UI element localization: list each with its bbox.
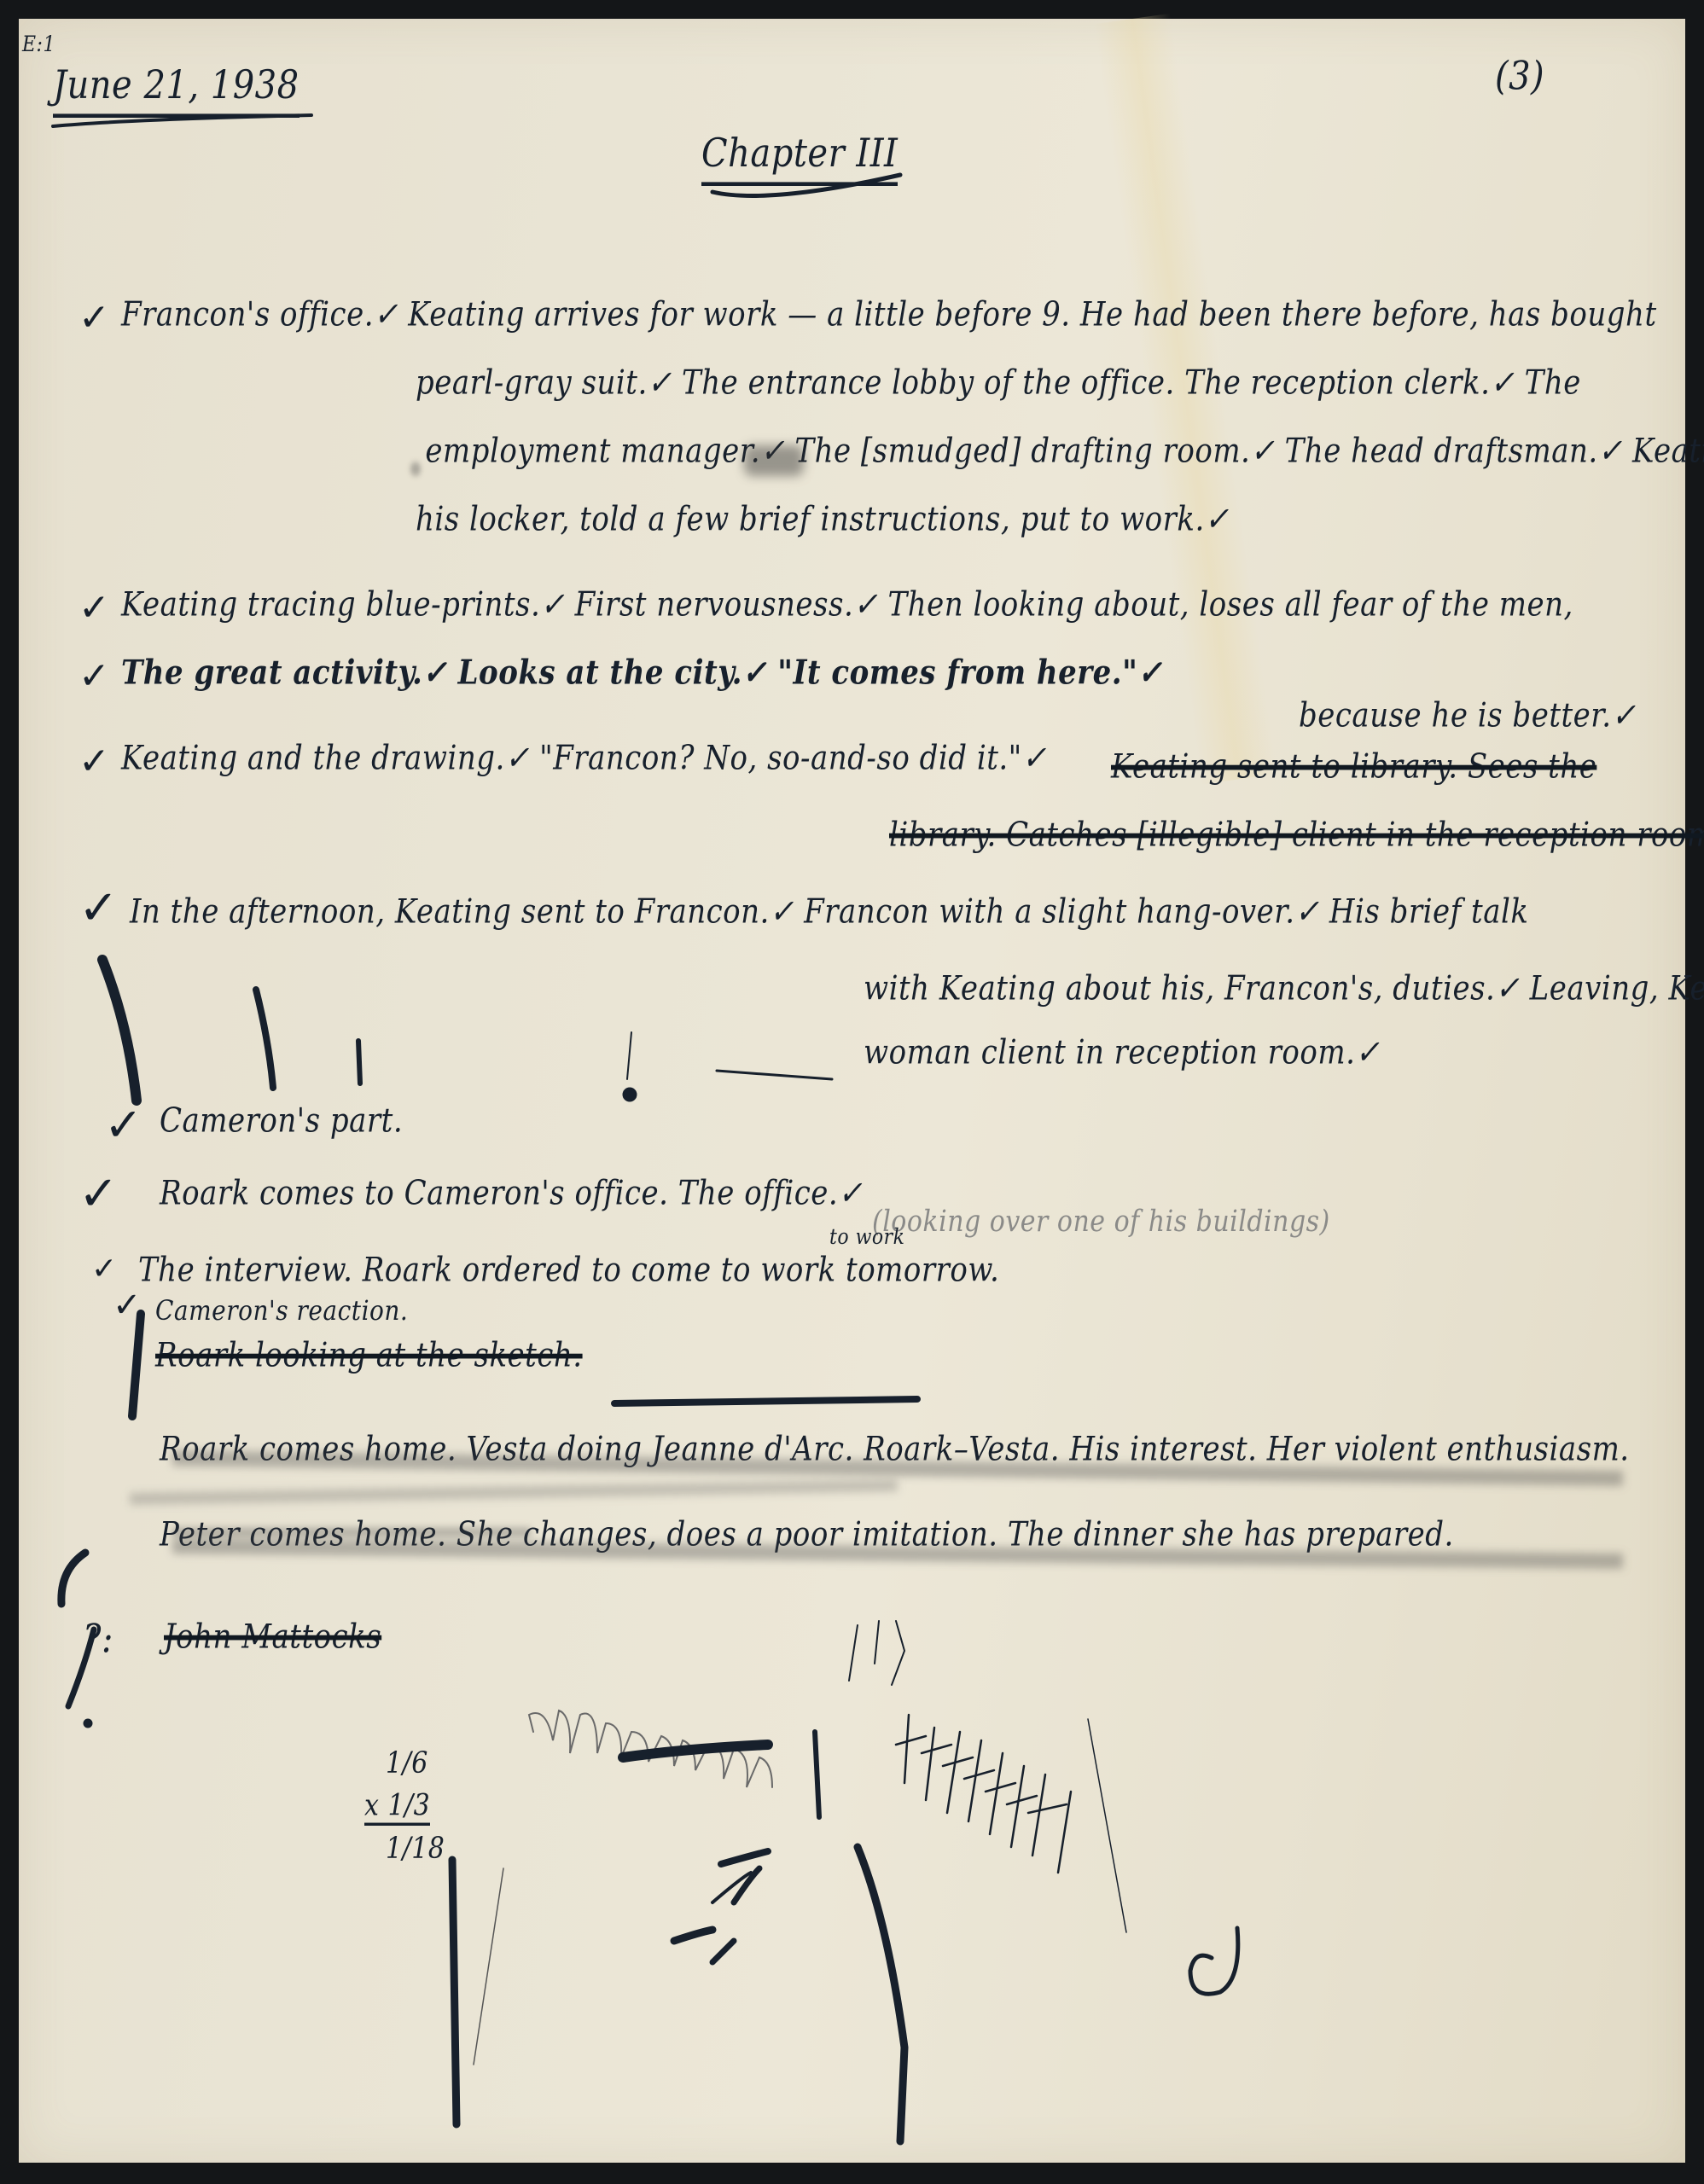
ink-stroke — [717, 1071, 832, 1079]
chapter-underline — [712, 175, 900, 196]
ink-dot — [623, 1088, 637, 1101]
heavy-overline — [614, 1399, 917, 1403]
ink-stroke — [627, 1032, 631, 1079]
tall-stroke — [452, 1860, 457, 2124]
ink-stroke — [61, 1553, 85, 1604]
long-pencil-line — [1088, 1719, 1126, 1932]
tall-stroke — [858, 1847, 904, 2141]
date-underline — [53, 115, 311, 126]
heavy-bar — [623, 1745, 768, 1757]
ink-stroke — [102, 960, 137, 1101]
ink-stroke — [256, 990, 273, 1088]
crossed-stroke-pattern — [896, 1715, 1071, 1873]
ink-stroke — [68, 1629, 94, 1706]
doodles-layer — [0, 0, 1704, 2184]
hook-flourish — [1190, 1928, 1238, 1994]
ink-stroke — [358, 1041, 360, 1083]
margin-bracket — [132, 1314, 141, 1416]
